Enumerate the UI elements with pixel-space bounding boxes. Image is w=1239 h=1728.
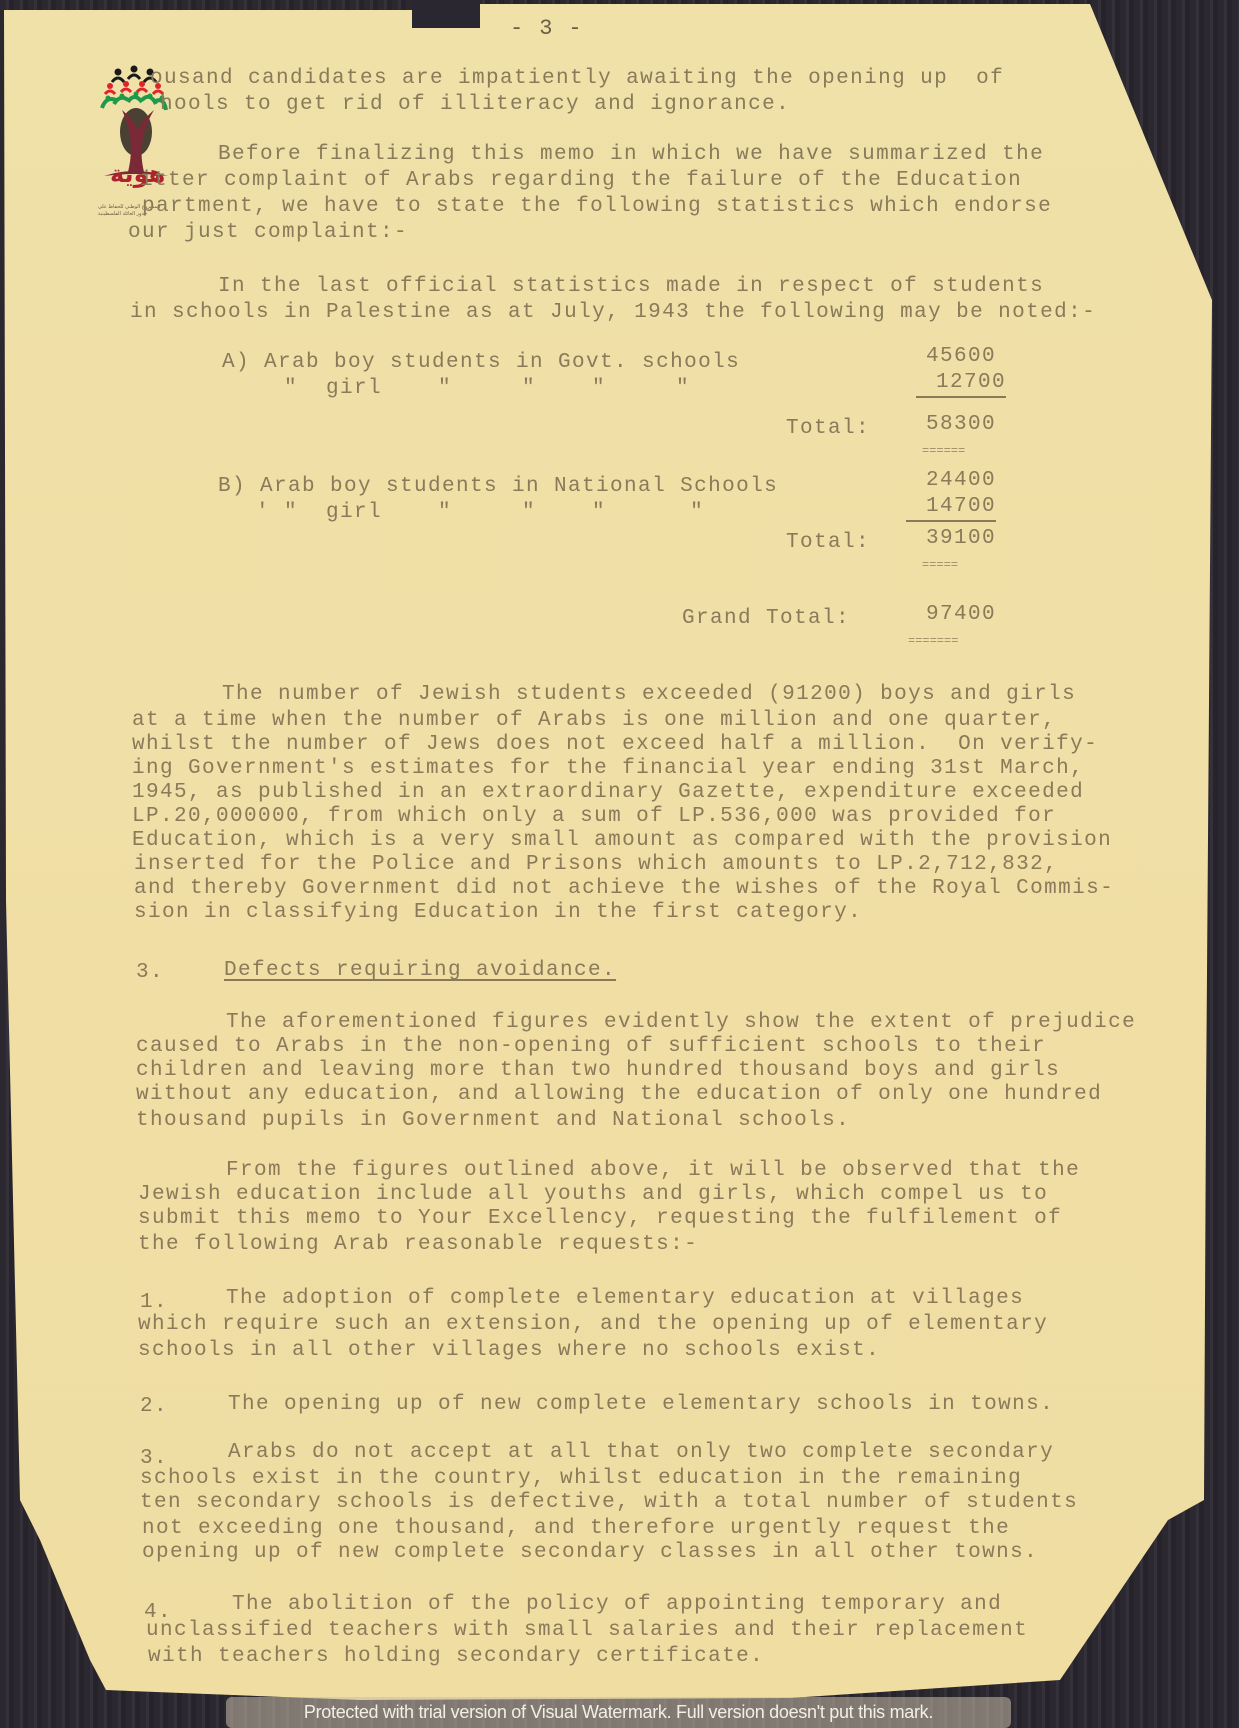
paragraph-line: In the last official statistics made in … (218, 274, 1044, 300)
paragraph-line: in schools in Palestine as at July, 1943… (130, 300, 1096, 326)
stat-total-label: Total: (786, 530, 870, 556)
stat-total-value: 39100 (906, 526, 996, 552)
request-line: which require such an extension, and the… (138, 1312, 1048, 1338)
grand-total-label: Grand Total: (682, 606, 850, 632)
paragraph-line: submit this memo to Your Excellency, req… (138, 1206, 1062, 1232)
stat-total-label: Total: (786, 416, 870, 442)
paragraph-line: caused to Arabs in the non-opening of su… (136, 1034, 1046, 1060)
request-number: 2. (140, 1394, 168, 1420)
request-line: The abolition of the policy of appointin… (232, 1592, 1002, 1618)
document-page: - 3 - هوية (0, 0, 1239, 1728)
paragraph-line: Before finalizing this memo in which we … (218, 142, 1044, 168)
paragraph-line: whilst the number of Jews does not excee… (132, 732, 1098, 758)
paragraph-line: The number of Jewish students exceeded (… (222, 682, 1076, 708)
paragraph-line: 1945, as published in an extraordinary G… (132, 780, 1084, 806)
paragraph-line: itter complaint of Arabs regarding the f… (140, 168, 1022, 194)
stat-row-value: 12700 (916, 370, 1006, 398)
stat-row-label: B) Arab boy students in National Schools (218, 474, 778, 500)
stat-row-label: A) Arab boy students in Govt. schools (222, 350, 740, 376)
stat-row-value: 24400 (906, 468, 996, 494)
paragraph-line: partment, we have to state the following… (142, 194, 1052, 220)
section-number: 3. (136, 960, 164, 986)
paragraph-line: and thereby Government did not achieve t… (134, 876, 1114, 902)
paragraph-line: LP.20,000000, from which only a sum of L… (132, 804, 1056, 830)
double-rule: ======= (908, 634, 958, 648)
intro-line: hools to get rid of illiteracy and ignor… (160, 92, 790, 118)
request-line: schools exist in the country, whilst edu… (140, 1466, 1022, 1492)
paragraph-line: inserted for the Police and Prisons whic… (134, 852, 1058, 878)
request-line: The adoption of complete elementary educ… (226, 1286, 1024, 1312)
paragraph-line: without any education, and allowing the … (136, 1082, 1102, 1108)
paragraph-line: Jewish education include all youths and … (138, 1182, 1048, 1208)
paragraph-line: Education, which is a very small amount … (132, 828, 1112, 854)
paragraph-line: children and leaving more than two hundr… (136, 1058, 1060, 1084)
intro-line: ousand candidates are impatiently awaiti… (150, 66, 1004, 92)
page-number: - 3 - (510, 16, 583, 42)
logo-caption-line: جذور العائلة الفلسطينية (98, 211, 147, 217)
stat-row-label: " girl " " " " (284, 376, 690, 402)
request-line: schools in all other villages where no s… (138, 1338, 880, 1364)
request-line: not exceeding one thousand, and therefor… (142, 1516, 1010, 1542)
page-tab-shadow (412, 0, 480, 28)
watermark-banner: Protected with trial version of Visual W… (226, 1697, 1011, 1728)
section-heading: Defects requiring avoidance. (224, 958, 616, 984)
stat-row-value: 45600 (906, 344, 996, 370)
request-line: ten secondary schools is defective, with… (140, 1490, 1078, 1516)
paragraph-line: The aforementioned figures evidently sho… (226, 1010, 1136, 1036)
request-line: unclassified teachers with small salarie… (146, 1618, 1028, 1644)
paragraph-line: ing Government's estimates for the finan… (132, 756, 1084, 782)
double-rule: ====== (922, 444, 965, 458)
paragraph-line: sion in classifying Education in the fir… (134, 900, 862, 926)
paragraph-line: our just complaint:- (128, 220, 408, 246)
double-rule: ===== (922, 558, 958, 572)
stat-total-value: 58300 (906, 412, 996, 438)
paragraph-line: thousand pupils in Government and Nation… (136, 1108, 850, 1134)
request-line: with teachers holding secondary certific… (148, 1644, 764, 1670)
request-line: Arabs do not accept at all that only two… (228, 1440, 1054, 1466)
stat-row-value: 14700 (906, 494, 996, 522)
stat-row-label: ' " girl " " " " (256, 500, 704, 526)
grand-total-value: 97400 (906, 602, 996, 628)
request-line: The opening up of new complete elementar… (228, 1392, 1054, 1418)
request-line: opening up of new complete secondary cla… (142, 1540, 1038, 1566)
paragraph-line: at a time when the number of Arabs is on… (132, 708, 1056, 734)
paragraph-line: From the figures outlined above, it will… (226, 1158, 1080, 1184)
paragraph-line: the following Arab reasonable requests:- (138, 1232, 698, 1258)
